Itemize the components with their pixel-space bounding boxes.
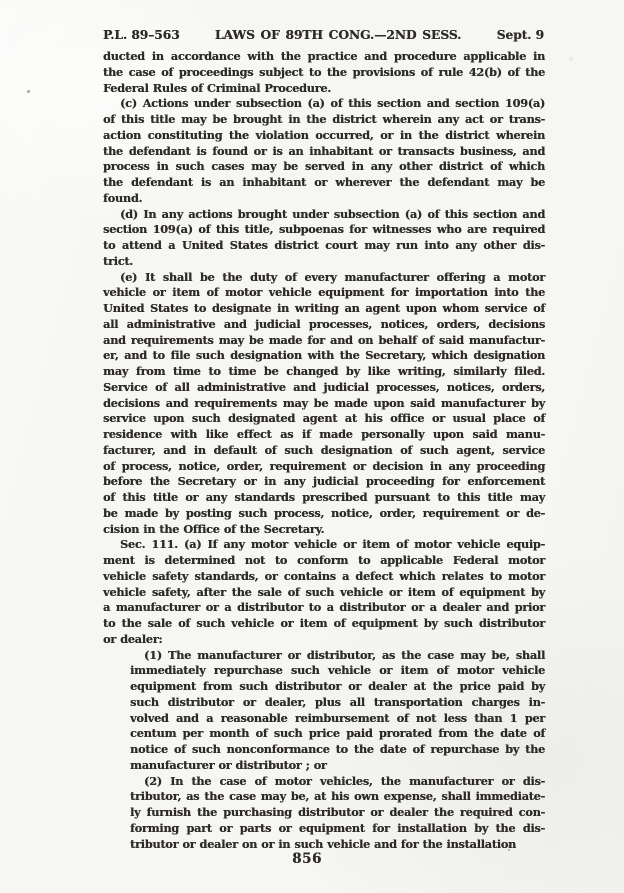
text-line: the case of proceedings subject to the p… [103, 65, 545, 81]
text-line: of this title or any standards prescribe… [103, 490, 545, 506]
text-line: the defendant is an inhabitant or wherev… [103, 175, 545, 191]
text-line: cision in the Office of the Secretary. [103, 522, 545, 538]
text-line: to attend a United States district court… [103, 238, 545, 254]
text-line: process in such cases may be served in a… [103, 159, 545, 175]
paragraph-sec-111-a: Sec. 111. (a) If any motor vehicle or it… [103, 537, 545, 647]
public-law-number: P.L. 89–563 [103, 27, 180, 42]
text-line: residence with like effect as if made pe… [103, 427, 545, 443]
text-line: tributor or dealer on or in such vehicle… [130, 837, 545, 853]
text-line: a manufacturer or a distributor to a dis… [103, 600, 545, 616]
text-line: (c) Actions under subsection (a) of this… [103, 96, 545, 112]
text-line: and requirements may be made for and on … [103, 333, 545, 349]
text-line: immediately repurchase such vehicle or i… [130, 663, 545, 679]
text-line: vehicle safety standards, or contains a … [103, 569, 545, 585]
paragraph-subsection-c: (c) Actions under subsection (a) of this… [103, 96, 545, 206]
document-body: ducted in accordance with the practice a… [103, 49, 545, 852]
text-line: before the Secretary or in any judicial … [103, 474, 545, 490]
text-line: (1) The manufacturer or distributor, as … [130, 648, 545, 664]
scan-speck [569, 57, 573, 61]
text-line: facturer, and in default of such designa… [103, 443, 545, 459]
text-line: of process, notice, order, requirement o… [103, 459, 545, 475]
running-title: LAWS OF 89TH CONG.—2ND SESS. [215, 27, 461, 42]
text-line: to the sale of such vehicle or item of e… [103, 616, 545, 632]
header-date: Sept. 9 [497, 27, 544, 42]
text-line: equipment from such distributor or deale… [130, 679, 545, 695]
text-line: ment is determined not to conform to app… [103, 553, 545, 569]
text-line: or dealer: [103, 632, 545, 648]
text-line: section 109(a) of this title, subpoenas … [103, 222, 545, 238]
page-number: 856 [86, 851, 528, 867]
text-line: volved and a reasonable reimbursement of… [130, 711, 545, 727]
text-line: be made by posting such process, notice,… [103, 506, 545, 522]
text-line: vehicle or item of motor vehicle equipme… [103, 285, 545, 301]
text-line: action constituting the violation occurr… [103, 128, 545, 144]
text-line: er, and to file such designation with th… [103, 348, 545, 364]
scan-speck [508, 845, 510, 847]
paragraph-item-2: (2) In the case of motor vehicles, the m… [103, 774, 545, 853]
text-line: (d) In any actions brought under subsect… [103, 207, 545, 223]
scanned-statute-page: P.L. 89–563 LAWS OF 89TH CONG.—2ND SESS.… [0, 0, 624, 893]
text-line: centum per month of such price paid pror… [130, 726, 545, 742]
scan-speck [27, 90, 30, 93]
text-line: notice of such nonconformance to the dat… [130, 742, 545, 758]
text-line: such distributor or dealer, plus all tra… [130, 695, 545, 711]
text-line: manufacturer or distributor ; or [130, 758, 545, 774]
page-header: P.L. 89–563 LAWS OF 89TH CONG.—2ND SESS.… [103, 27, 544, 42]
text-line: vehicle safety, after the sale of such v… [103, 585, 545, 601]
text-line: found. [103, 191, 545, 207]
text-line: decisions and requirements may be made u… [103, 396, 545, 412]
text-line: ducted in accordance with the practice a… [103, 49, 545, 65]
text-line: tributor, as the case may be, at his own… [130, 789, 545, 805]
text-line: forming part or parts or equipment for i… [130, 821, 545, 837]
text-line: the defendant is found or is an inhabita… [103, 144, 545, 160]
paragraph-subsection-e: (e) It shall be the duty of every manufa… [103, 270, 545, 538]
text-line: Sec. 111. (a) If any motor vehicle or it… [103, 537, 545, 553]
text-line: Service of all administrative and judici… [103, 380, 545, 396]
text-line: United States to designate in writing an… [103, 301, 545, 317]
text-line: all administrative and judicial processe… [103, 317, 545, 333]
text-line: service upon such designated agent at hi… [103, 411, 545, 427]
text-line: may from time to time be changed by like… [103, 364, 545, 380]
text-line: ly furnish the purchasing distributor or… [130, 805, 545, 821]
text-line: of this title may be brought in the dist… [103, 112, 545, 128]
text-line: Federal Rules of Criminal Procedure. [103, 81, 545, 97]
text-line: trict. [103, 254, 545, 270]
paragraph-item-1: (1) The manufacturer or distributor, as … [103, 648, 545, 774]
paragraph-subsection-d: (d) In any actions brought under subsect… [103, 207, 545, 270]
text-line: (2) In the case of motor vehicles, the m… [130, 774, 545, 790]
paragraph-continuation: ducted in accordance with the practice a… [103, 49, 545, 96]
text-line: (e) It shall be the duty of every manufa… [103, 270, 545, 286]
